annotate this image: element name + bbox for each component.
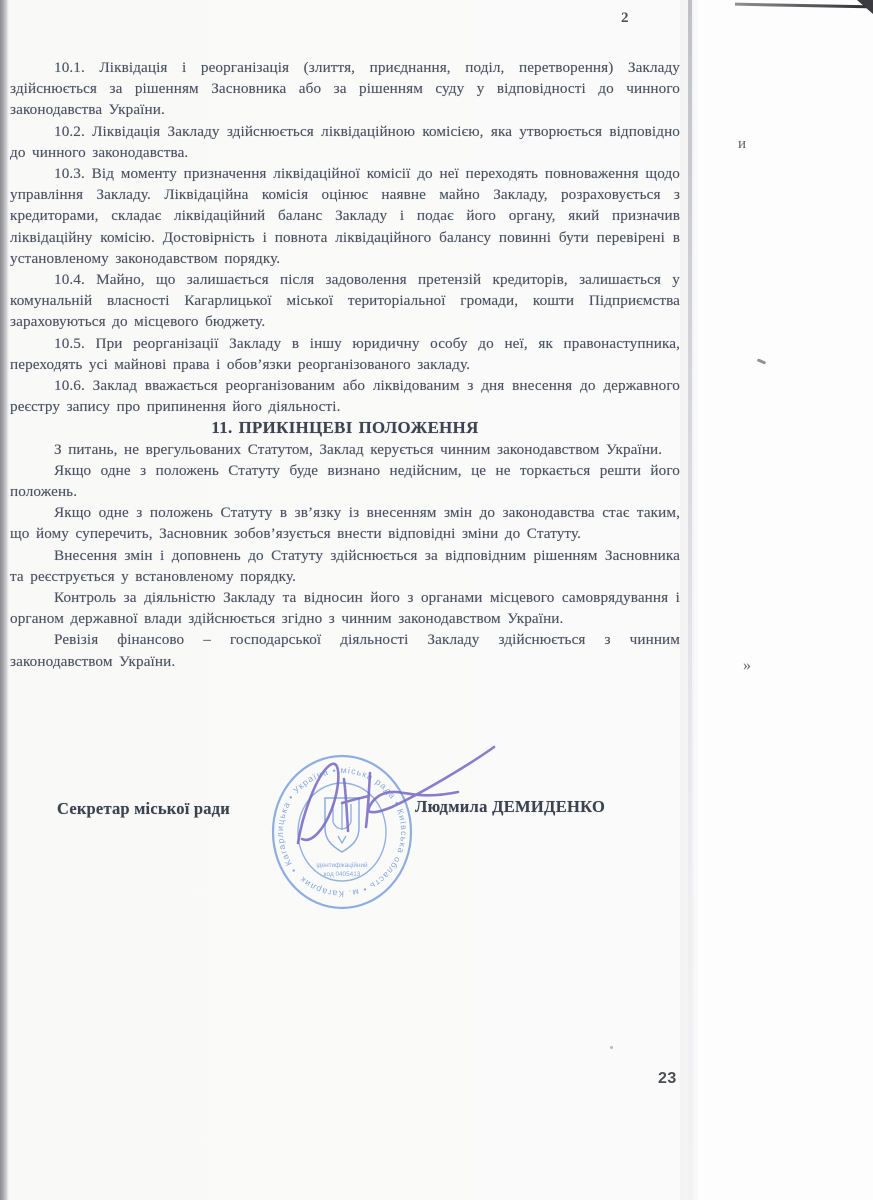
signatory-title: Секретар міської ради (57, 799, 230, 819)
paragraph-11-c: Якщо одне з положень Статуту в зв’язку і… (10, 502, 680, 544)
paragraph-10-3: 10.3. Від моменту призначення ліквідацій… (10, 163, 680, 269)
paragraph-10-5: 10.5. При реорганізації Закладу в іншу ю… (10, 333, 680, 375)
paragraph-11-b: Якщо одне з положень Статуту буде визнан… (10, 460, 680, 502)
stamp-id-line2: код 0405413 (324, 871, 361, 878)
scan-dot (610, 1046, 613, 1049)
paragraph-11-f: Ревізія фінансово – господарської діяльн… (10, 629, 680, 671)
margin-mark-letter: и (738, 136, 746, 153)
paragraph-11-a: З питань, не врегульованих Статутом, Зак… (10, 439, 680, 460)
paragraph-11-d: Внесення змін і доповнень до Статуту зді… (10, 545, 680, 587)
paragraph-10-4: 10.4. Майно, що залишається після задово… (10, 269, 680, 333)
scan-left-edge-shadow (0, 0, 9, 1200)
paragraph-11-e: Контроль за діяльністю Закладу та віднос… (10, 587, 680, 629)
page-fold-line (688, 0, 692, 1200)
scanned-document-page: 2 и » 23 10.1. Ліквідація і реорганізаці… (0, 0, 873, 1200)
underlying-sheet-edge (694, 0, 873, 1200)
page-number-top: 2 (621, 10, 629, 27)
handwritten-signature (272, 731, 520, 859)
paragraph-10-2: 10.2. Ліквідація Закладу здійснюється лі… (10, 121, 680, 163)
section-11-heading: 11. ПРИКІНЦЕВІ ПОЛОЖЕННЯ (10, 417, 680, 438)
stamp-id-line1: ідентифікаційний (316, 861, 368, 869)
paragraph-10-1: 10.1. Ліквідація і реорганізація (злиття… (10, 57, 680, 121)
statute-text-block: 10.1. Ліквідація і реорганізація (злиття… (10, 57, 680, 672)
paragraph-10-6: 10.6. Заклад вважається реорганізованим … (10, 375, 680, 417)
margin-mark-guillemet: » (743, 657, 751, 675)
page-number-bottom: 23 (658, 1070, 677, 1088)
